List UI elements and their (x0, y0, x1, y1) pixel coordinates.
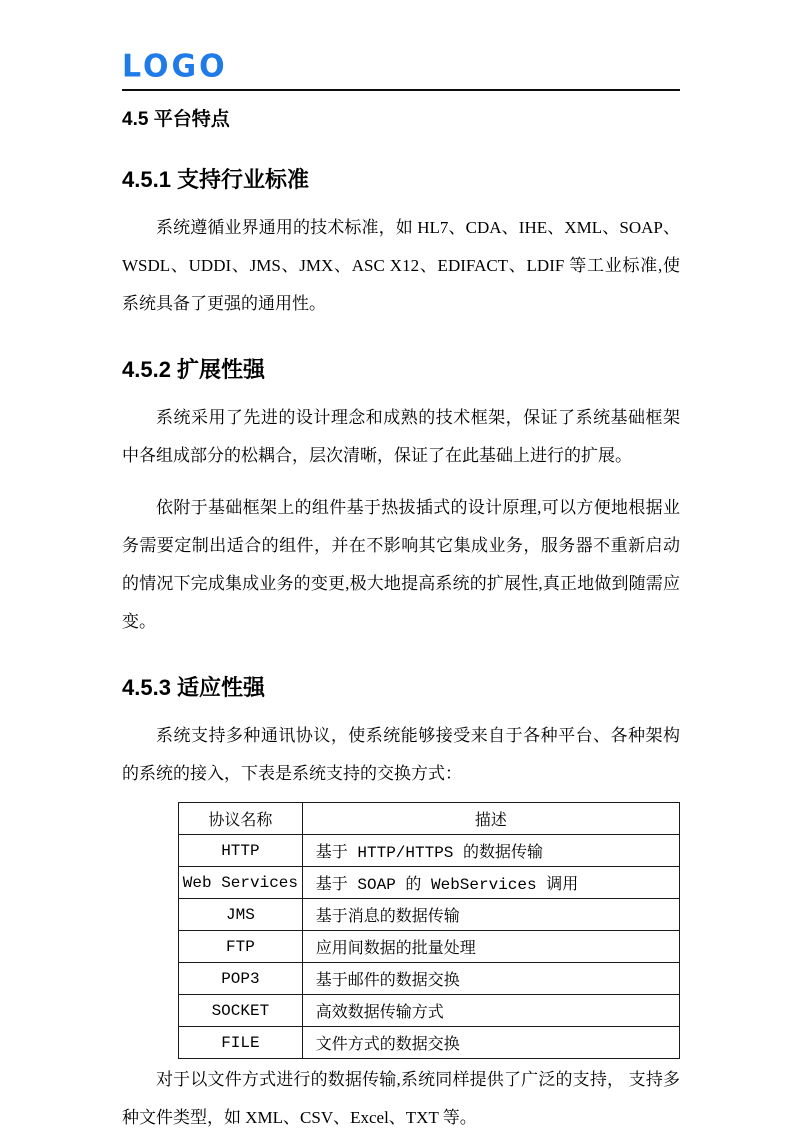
table-row: HTTP 基于 HTTP/HTTPS 的数据传输 (179, 835, 680, 867)
cell-description: 基于 SOAP 的 WebServices 调用 (302, 867, 679, 899)
column-header-protocol: 协议名称 (179, 803, 303, 835)
table-header-row: 协议名称 描述 (179, 803, 680, 835)
cell-description: 基于消息的数据传输 (302, 899, 679, 931)
cell-description: 应用间数据的批量处理 (302, 931, 679, 963)
paragraph-extensibility-1: 系统采用了先进的设计理念和成熟的技术框架，保证了系统基础框架中各组成部分的松耦合… (122, 399, 680, 475)
cell-description: 基于 HTTP/HTTPS 的数据传输 (302, 835, 679, 867)
cell-protocol: SOCKET (179, 995, 303, 1027)
paragraph-extensibility-2: 依附于基础框架上的组件基于热拔插式的设计原理,可以方便地根据业务需要定制出适合的… (122, 489, 680, 641)
table-row: Web Services 基于 SOAP 的 WebServices 调用 (179, 867, 680, 899)
subsection-title-453: 4.5.3 适应性强 (122, 673, 680, 703)
paragraph-standards: 系统遵循业界通用的技术标准，如 HL7、CDA、IHE、XML、SOAP、WSD… (122, 209, 680, 323)
cell-protocol: FILE (179, 1027, 303, 1059)
table-row: FILE 文件方式的数据交换 (179, 1027, 680, 1059)
column-header-description: 描述 (302, 803, 679, 835)
paragraph-adaptability: 系统支持多种通讯协议，使系统能够接受来自于各种平台、各种架构的系统的接入，下表是… (122, 717, 680, 793)
document-body: 4.5 平台特点 4.5.1 支持行业标准 系统遵循业界通用的技术标准，如 HL… (122, 107, 680, 1132)
table-row: FTP 应用间数据的批量处理 (179, 931, 680, 963)
page-header: LOGO (122, 52, 680, 91)
table-row: SOCKET 高效数据传输方式 (179, 995, 680, 1027)
table-row: JMS 基于消息的数据传输 (179, 899, 680, 931)
cell-protocol: Web Services (179, 867, 303, 899)
cell-description: 基于邮件的数据交换 (302, 963, 679, 995)
subsection-title-452: 4.5.2 扩展性强 (122, 355, 680, 385)
logo: LOGO (122, 50, 680, 84)
paragraph-file-types: 对于以文件方式进行的数据传输,系统同样提供了广泛的支持， 支持多种文件类型，如 … (122, 1061, 680, 1132)
cell-protocol: HTTP (179, 835, 303, 867)
cell-protocol: FTP (179, 931, 303, 963)
cell-description: 高效数据传输方式 (302, 995, 679, 1027)
cell-protocol: JMS (179, 899, 303, 931)
protocol-table-body: HTTP 基于 HTTP/HTTPS 的数据传输 Web Services 基于… (179, 835, 680, 1059)
cell-description: 文件方式的数据交换 (302, 1027, 679, 1059)
section-title: 4.5 平台特点 (122, 107, 680, 133)
protocol-table: 协议名称 描述 HTTP 基于 HTTP/HTTPS 的数据传输 Web Ser… (178, 802, 680, 1059)
subsection-title-451: 4.5.1 支持行业标准 (122, 165, 680, 195)
document-page: LOGO 4.5 平台特点 4.5.1 支持行业标准 系统遵循业界通用的技术标准… (0, 0, 800, 1132)
header-divider (122, 89, 680, 91)
protocol-table-head: 协议名称 描述 (179, 803, 680, 835)
cell-protocol: POP3 (179, 963, 303, 995)
table-row: POP3 基于邮件的数据交换 (179, 963, 680, 995)
